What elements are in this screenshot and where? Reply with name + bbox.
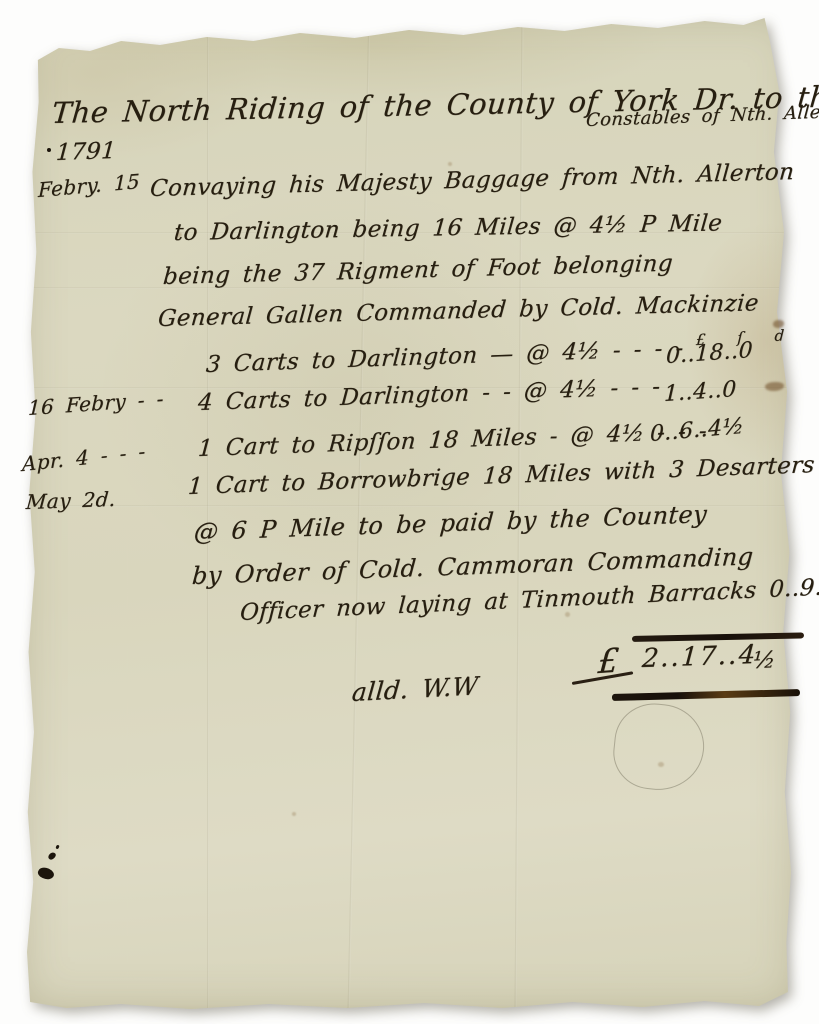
- total-value: 2..17..4: [641, 640, 758, 674]
- foxing-spot: [565, 612, 570, 617]
- entry-date-4: May 2d.: [25, 487, 116, 514]
- amount-2: 1..4..0: [664, 377, 737, 407]
- total-fraction: ½: [752, 647, 777, 674]
- vertical-fold-line-1: [207, 12, 209, 1012]
- ink-dot: [47, 148, 51, 152]
- year: 1791: [55, 138, 117, 166]
- foxing-spot: [292, 812, 296, 816]
- horizontal-fold-line-2: [20, 287, 798, 289]
- foxing-spot: [448, 162, 452, 166]
- scanned-manuscript-page: The North Riding of the County of York D…: [0, 0, 819, 1024]
